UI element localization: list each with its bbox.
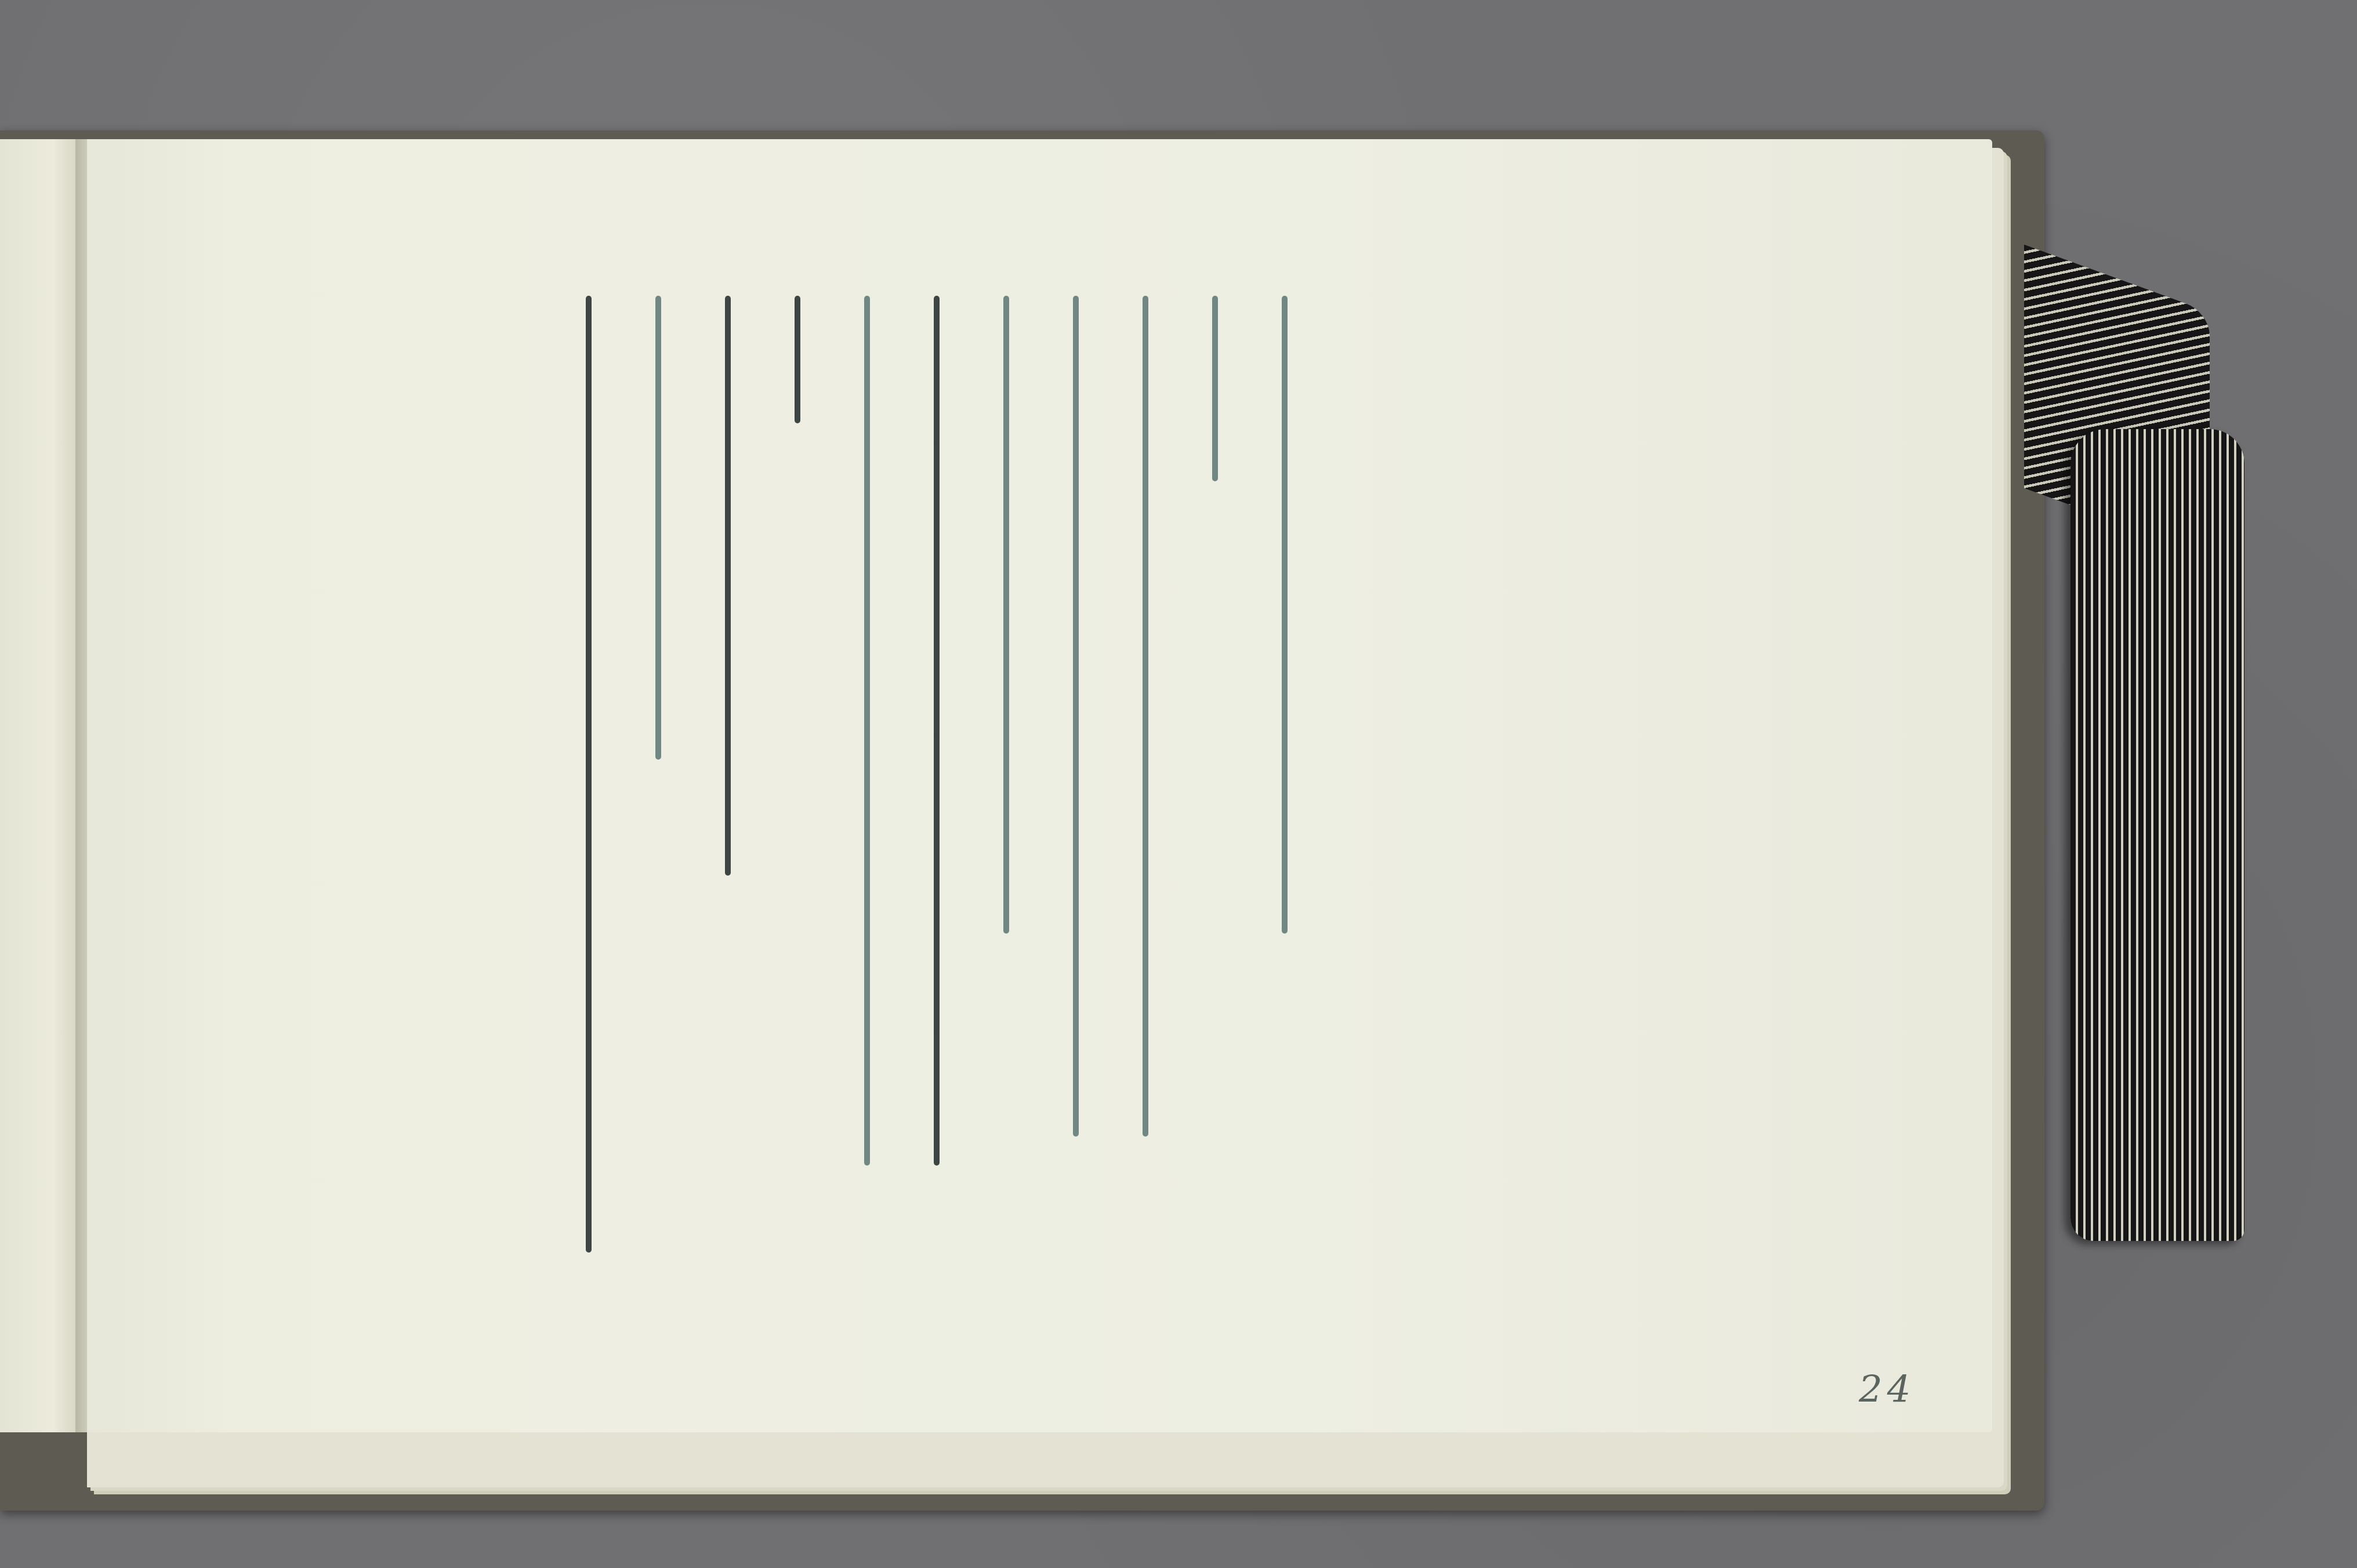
handwriting-line (1073, 296, 1079, 1137)
page-number: 24 (1859, 1369, 1915, 1411)
handwriting-line (795, 296, 800, 423)
handwriting-line (1212, 296, 1218, 481)
handwriting-line (655, 296, 661, 760)
handwriting-line (864, 296, 870, 1166)
left-page-edge (0, 139, 75, 1432)
handwriting-line (586, 296, 592, 1253)
elastic-strap (2024, 278, 2273, 1253)
handwriting-line (1143, 296, 1148, 1137)
handwriting-line (725, 296, 731, 876)
strap-lower-segment (2070, 429, 2244, 1241)
handwriting-line (1003, 296, 1009, 934)
handwriting-block (476, 249, 1752, 1293)
handwriting-line (1282, 296, 1288, 934)
handwriting-line (934, 296, 940, 1166)
